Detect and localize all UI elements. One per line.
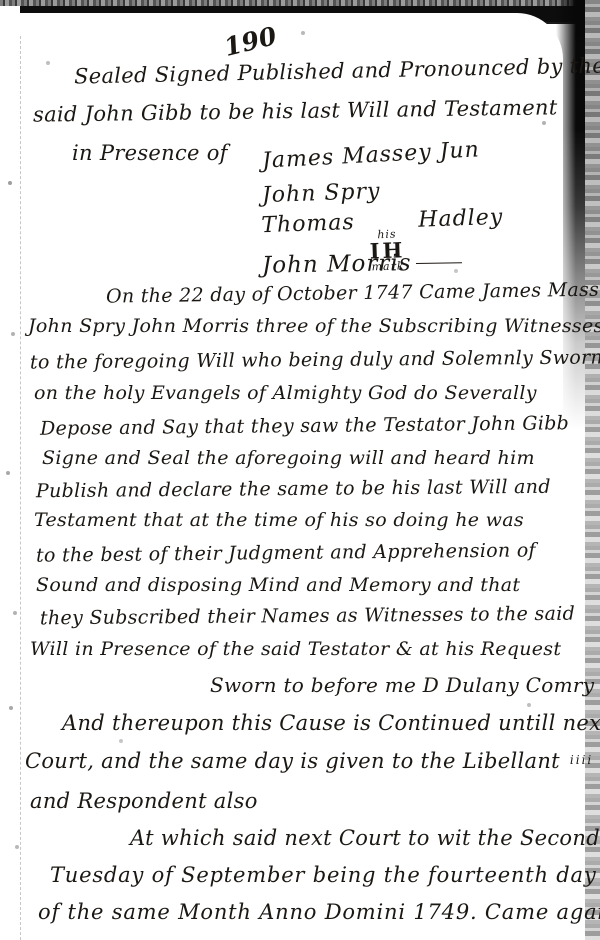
- probate-line-12: Will in Presence of the said Testator & …: [30, 639, 561, 660]
- witness-signature-john-spry: John Spry: [262, 180, 381, 208]
- witness-signature-james-massey: James Massey Jun: [262, 138, 481, 174]
- next-court-line-3: of the same Month Anno Domini 1749. Came…: [38, 901, 600, 924]
- continuance-line-3: and Respondent also: [30, 790, 258, 813]
- continuance-line-2: Court, and the same day is given to the …: [25, 750, 593, 773]
- scanned-document-page: 190 Sealed Signed Published and Pronounc…: [0, 0, 600, 940]
- signature-last-name: Hadley: [418, 205, 504, 233]
- probate-line-11: they Subscribed their Names as Witnesses…: [40, 604, 575, 630]
- attestation-line-2: said John Gibb to be his last Will and T…: [33, 96, 558, 126]
- witness-signature-john-morris: John Morris: [262, 250, 462, 279]
- folio-number: 190: [221, 22, 279, 62]
- signature-flourish-line: [416, 262, 462, 264]
- attestation-line-3: in Presence of: [72, 142, 228, 165]
- probate-line-2: John Spry John Morris three of the Subsc…: [28, 316, 600, 337]
- sworn-before-line: Sworn to before me D Dulany Comry: [210, 674, 594, 696]
- probate-line-5: Depose and Say that they saw the Testato…: [40, 413, 569, 439]
- probate-line-7: Publish and declare the same to be his l…: [36, 477, 551, 502]
- probate-line-8: Testament that at the time of his so doi…: [34, 510, 524, 531]
- pen-filler-marks: iiii: [570, 753, 593, 767]
- manuscript-text: 190 Sealed Signed Published and Pronounc…: [0, 0, 600, 940]
- attestation-line-1: Sealed Signed Published and Pronounced b…: [74, 54, 600, 88]
- signature-name: John Morris: [262, 250, 412, 279]
- probate-line-4: on the holy Evangels of Almighty God do …: [34, 383, 537, 404]
- next-court-line-2: Tuesday of September being the fourteent…: [50, 864, 597, 887]
- probate-line-6: Signe and Seal the aforegoing will and h…: [42, 448, 535, 469]
- probate-line-10: Sound and disposing Mind and Memory and …: [36, 575, 520, 596]
- probate-line-9: to the best of their Judgment and Appreh…: [36, 540, 536, 566]
- probate-line-1: On the 22 day of October 1747 Came James…: [106, 279, 600, 307]
- continuance-line-2-text: Court, and the same day is given to the …: [25, 749, 560, 773]
- signature-first-name: Thomas: [261, 210, 355, 238]
- continuance-line-1: And thereupon this Cause is Continued un…: [62, 712, 600, 735]
- next-court-line-1: At which said next Court to wit the Seco…: [130, 827, 600, 850]
- probate-line-3: to the foregoing Will who being duly and…: [30, 348, 600, 374]
